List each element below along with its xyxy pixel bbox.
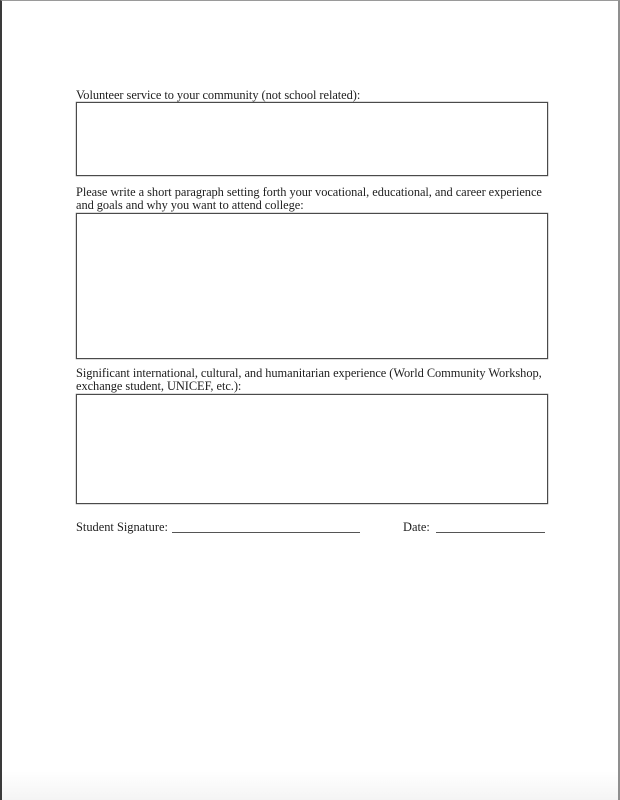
document-page: Volunteer service to your community (not… (0, 0, 620, 800)
international-experience-label-line-2: exchange student, UNICEF, etc.): (76, 380, 542, 393)
international-experience-label: Significant international, cultural, and… (76, 367, 542, 393)
career-goals-label-line-2: and goals and why you want to attend col… (76, 199, 542, 212)
student-signature-line[interactable] (172, 532, 360, 533)
volunteer-service-label-text: Volunteer service to your community (not… (76, 88, 360, 102)
volunteer-service-label: Volunteer service to your community (not… (76, 89, 360, 102)
international-experience-field[interactable] (76, 394, 548, 504)
date-line[interactable] (436, 532, 545, 533)
career-goals-field[interactable] (76, 213, 548, 359)
student-signature-label: Student Signature: (76, 521, 168, 534)
career-goals-label: Please write a short paragraph setting f… (76, 186, 542, 212)
date-label: Date: (403, 521, 430, 534)
volunteer-service-field[interactable] (76, 102, 548, 176)
